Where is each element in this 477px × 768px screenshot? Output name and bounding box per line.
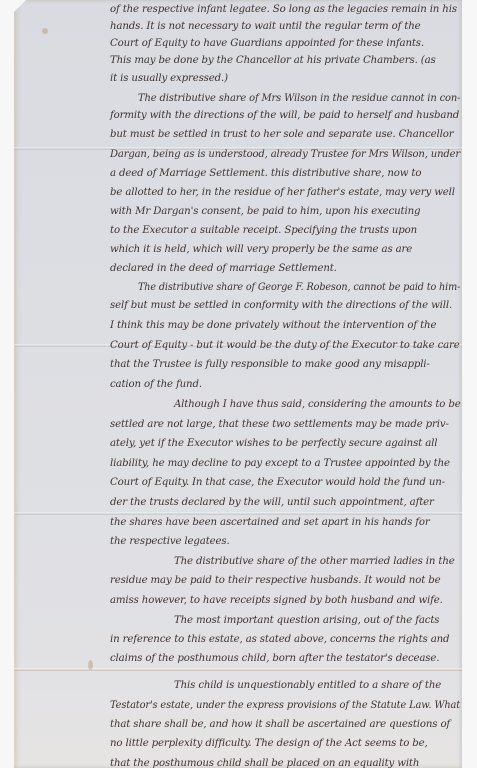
manuscript-line: Testator's estate, under the express pro…: [110, 700, 460, 711]
torn-corner: [14, 0, 26, 12]
manuscript-line: self but must be settled in conformity w…: [110, 300, 452, 311]
manuscript-line: declared in the deed of marriage Settlem…: [110, 263, 337, 274]
manuscript-line: The distributive share of the other marr…: [174, 556, 455, 567]
manuscript-line: of the respective infant legatee. So lon…: [110, 4, 457, 15]
manuscript-line: but must be settled in trust to her sole…: [110, 129, 453, 140]
manuscript-line: liability, he may decline to pay except …: [110, 458, 450, 469]
manuscript-line: be allotted to her, in the residue of he…: [110, 187, 455, 198]
manuscript-line: residue may be paid to their respective …: [110, 575, 441, 586]
manuscript-line: the respective legatees.: [110, 536, 230, 547]
manuscript-line: to the Executor a suitable receipt. Spec…: [110, 225, 417, 236]
manuscript-line: formity with the directions of the will,…: [110, 110, 459, 121]
ink-stain: [88, 660, 93, 670]
manuscript-line: the shares have been ascertained and set…: [110, 517, 430, 528]
manuscript-line: Court of Equity - but it would be the du…: [110, 340, 460, 351]
manuscript-line: Court of Equity to have Guardians appoin…: [110, 38, 424, 49]
manuscript-line: This child is unquestionably entitled to…: [174, 680, 441, 691]
manuscript-line: cation of the fund.: [110, 379, 202, 390]
manuscript-line: Although I have thus said, considering t…: [174, 399, 461, 410]
manuscript-line: it is usually expressed.): [110, 73, 228, 84]
ink-stain: [42, 28, 48, 34]
manuscript-line: that the posthumous child shall be place…: [110, 758, 419, 768]
manuscript-line: in reference to this estate, as stated a…: [110, 634, 449, 645]
fold-crease: [14, 668, 462, 671]
manuscript-page: of the respective infant legatee. So lon…: [14, 0, 462, 768]
manuscript-line: claims of the posthumous child, born aft…: [110, 653, 439, 664]
manuscript-line: with Mr Dargan's consent, be paid to him…: [110, 206, 420, 217]
manuscript-line: that the Trustee is fully responsible to…: [110, 359, 430, 370]
manuscript-line: ately, yet if the Executor wishes to be …: [110, 438, 437, 449]
manuscript-line: Court of Equity. In that case, the Execu…: [110, 477, 445, 488]
manuscript-line: which it is held, which will very proper…: [110, 244, 412, 255]
manuscript-line: I think this may be done privately witho…: [110, 320, 436, 331]
manuscript-line: hands. It is not necessary to wait until…: [110, 21, 421, 32]
manuscript-line: amiss however, to have receipts signed b…: [110, 595, 443, 606]
manuscript-line: a deed of Marriage Settlement. this dist…: [110, 168, 421, 179]
manuscript-line: that share shall be, and how it shall be…: [110, 719, 450, 730]
manuscript-line: The distributive share of Mrs Wilson in …: [138, 93, 460, 104]
manuscript-line: no little perplexity difficulty. The des…: [110, 738, 428, 749]
manuscript-line: The distributive share of George F. Robe…: [138, 282, 460, 293]
manuscript-line: der the trusts declared by the will, unt…: [110, 497, 434, 508]
fold-crease: [14, 512, 462, 515]
manuscript-line: The most important question arising, out…: [174, 615, 439, 626]
manuscript-line: settled are not large, that these two se…: [110, 419, 449, 430]
manuscript-line: Dargan, being as is understood, already …: [110, 149, 460, 160]
manuscript-line: This may be done by the Chancellor at hi…: [110, 55, 436, 66]
